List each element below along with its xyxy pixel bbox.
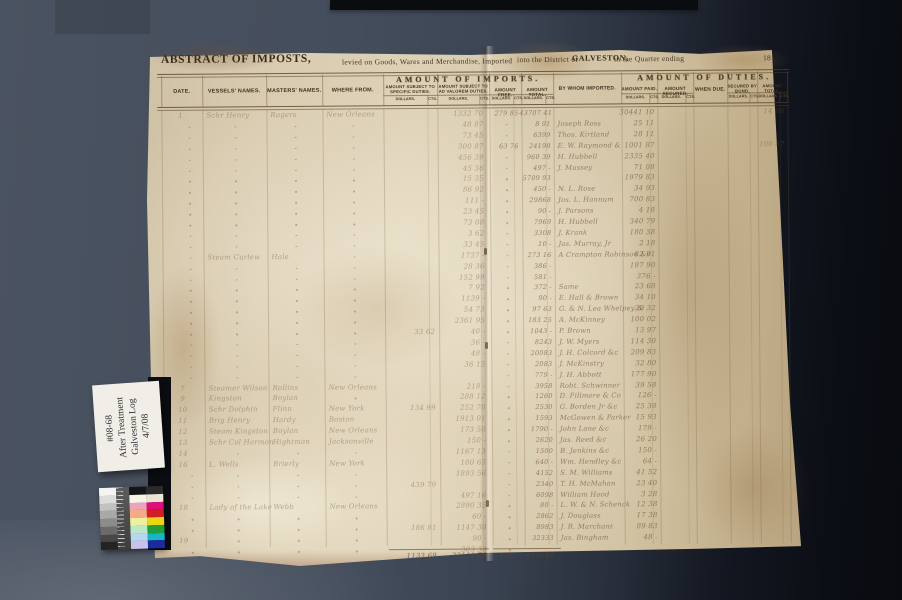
ditto-dot (295, 191, 297, 193)
handwriting-entry: 376 - (614, 272, 656, 280)
ditto-dot (295, 137, 297, 139)
handwriting-entry: 63 76 (492, 142, 519, 150)
handwriting-entry: 89 83 (616, 522, 658, 530)
ditto-dot (238, 530, 240, 532)
handwriting-entry: E. Hall & Brown (559, 294, 619, 302)
ditto-dot (509, 527, 511, 529)
ditto-dot (354, 256, 356, 258)
handwriting-entry: 23 40 (615, 479, 657, 487)
ditto-dot (238, 540, 240, 542)
ditto-dot (296, 289, 298, 291)
ditto-dot (297, 496, 299, 498)
handwriting-entry: G. Borden Jr &c (560, 403, 618, 411)
ditto-dot (189, 138, 191, 140)
ditto-dot (354, 322, 356, 324)
handwriting-entry: 6399 (520, 131, 551, 139)
handwriting-entry: 150 - (615, 446, 657, 454)
ditto-dot (508, 440, 510, 442)
handwriting-entry: 2340 (522, 480, 553, 488)
handwriting-entry: 34 10 (614, 293, 656, 301)
column-rule (787, 105, 791, 543)
ditto-dot (236, 377, 238, 379)
handwriting-entry: William Hood (560, 490, 609, 498)
ditto-dot (297, 453, 299, 455)
handwriting-entry: 1147 30 (443, 524, 487, 532)
money-subheader-dollars: DOLLARS. (728, 94, 748, 98)
handwriting-entry: 36 15 (441, 360, 485, 368)
ditto-dot (190, 377, 192, 379)
handwriting-entry: 33 45 (440, 240, 484, 248)
handwriting-entry: 1001 87 (613, 141, 655, 149)
handwriting-entry: 177 90 (614, 370, 656, 378)
handwriting-entry: 11 (171, 417, 195, 425)
ditto-dot (296, 322, 298, 324)
ditto-dot (235, 137, 237, 139)
ditto-dot (354, 300, 356, 302)
ditto-dot (507, 309, 509, 311)
ditto-dot (295, 246, 297, 248)
handwriting-entry: 779 - (521, 371, 552, 379)
ditto-dot (296, 344, 298, 346)
ditto-dot (189, 170, 191, 172)
handwriting-entry: 7969 (520, 218, 551, 226)
ditto-dot (235, 224, 237, 226)
money-subheader-dollars: DOLLARS. (438, 97, 478, 101)
handwriting-entry: 450 - (520, 185, 551, 193)
handwriting-entry: 1790 - (522, 425, 553, 433)
ditto-dot (190, 356, 192, 358)
handwriting-entry: 48 87 (439, 120, 483, 128)
handwriting-entry: 1500 (522, 447, 553, 455)
ditto-dot (236, 366, 238, 368)
handwriting-entry: 386 - (521, 262, 552, 270)
ditto-dot (508, 429, 510, 431)
handwriting-entry: 90 - (521, 294, 552, 302)
handwriting-entry: J. W. Myers (559, 337, 599, 345)
handwriting-entry: 1332 70 (439, 109, 483, 117)
header-column-rule (161, 76, 162, 107)
handwriting-entry: Schr Henry (206, 111, 249, 119)
ditto-dot (507, 375, 509, 377)
handwriting-entry: Hightman (273, 438, 310, 446)
ditto-dot (189, 225, 191, 227)
ditto-dot (354, 289, 356, 291)
ditto-dot (296, 268, 298, 270)
handwriting-entry: 9 (171, 395, 195, 403)
handwriting-right-page: 279 8543707 4130441 1014 668 91Joseph Ro… (0, 0, 901, 1)
ditto-dot (298, 540, 300, 542)
handwriting-entry: 2862 (523, 512, 554, 520)
ditto-dot (356, 540, 358, 542)
ditto-dot (237, 486, 239, 488)
ditto-dot (354, 278, 356, 280)
handwriting-entry: Brig Henry (209, 416, 251, 424)
ditto-dot (296, 355, 298, 357)
money-subheader-cts: CTS. (428, 97, 436, 101)
handwriting-entry: 3958 (522, 381, 553, 389)
ditto-dot (508, 484, 510, 486)
handwriting-entry: 26 20 (615, 435, 657, 443)
ditto-dot (353, 245, 355, 247)
ditto-dot (190, 323, 192, 325)
ditto-dot (506, 211, 508, 213)
ditto-dot (295, 159, 297, 161)
cents-rule (685, 106, 689, 544)
ditto-dot (354, 365, 356, 367)
handwriting-entry: 100 87 (745, 140, 785, 148)
handwriting-entry: P. Brown (559, 327, 591, 335)
ditto-dot (189, 236, 191, 238)
handwriting-entry: Thos. Kirtland (558, 130, 610, 138)
handwriting-entry: 54 73 (441, 306, 485, 314)
handwriting-entry: S. M. Williams (560, 468, 612, 476)
ditto-dot (508, 451, 510, 453)
handwriting-entry: 1167 13 (442, 447, 486, 455)
money-subheader-dollars: DOLLARS. (490, 96, 512, 100)
handwriting-entry: Jas. Murray, Jr (558, 239, 611, 247)
handwriting-entry: Kingston (209, 395, 242, 403)
handwriting-entry: Webb (273, 503, 294, 511)
handwriting-entry: 86 92 (440, 186, 484, 194)
handwriting-entry: 5709 93 (520, 174, 551, 182)
ditto-dot (189, 192, 191, 194)
ditto-dot (236, 355, 238, 357)
ditto-dot (354, 311, 356, 313)
right-total-free: 1182 - (495, 551, 522, 559)
column-header-bond: SECURED BY BOND. (727, 84, 757, 94)
handwriting-entry: 97 63 (521, 305, 552, 313)
handwriting-entry: 28 36 (441, 262, 485, 270)
ditto-dot (507, 266, 509, 268)
handwriting-entry: 17 38 (616, 511, 658, 519)
handwriting-entry: Brierly (273, 460, 299, 468)
ditto-dot (508, 462, 510, 464)
ditto-dot (295, 224, 297, 226)
column-rule (322, 109, 326, 547)
handwriting-entry: 456 39 (440, 153, 484, 161)
handwriting-entry: Lady of the Lake (209, 504, 272, 512)
color-patch (148, 540, 165, 548)
ditto-dot (509, 517, 511, 519)
ditto-dot (353, 125, 355, 127)
handwriting-entry: New Orleans (329, 383, 377, 391)
handwriting-entry: Flinn (273, 405, 292, 413)
ditto-dot (235, 181, 237, 183)
ditto-dot (190, 279, 192, 281)
handwriting-entry: 45 36 (440, 164, 484, 172)
handwriting-entry: 1139 - (441, 295, 485, 303)
ditto-dot (236, 344, 238, 346)
handwriting-entry: 7 92 (441, 284, 485, 292)
handwriting-entry: Schr Dolphin (209, 406, 258, 414)
handwriting-entry: Hardy (273, 416, 296, 424)
ditto-dot (356, 529, 358, 531)
ditto-dot (353, 180, 355, 182)
ditto-dot (190, 301, 192, 303)
handwriting-entry: 700 83 (613, 195, 655, 203)
money-subheader-dollars: DOLLARS. (384, 97, 426, 101)
handwriting-entry: 186 81 (393, 524, 437, 532)
ditto-dot (192, 552, 194, 554)
ditto-dot (189, 214, 191, 216)
handwriting-entry: 90 - (443, 535, 487, 543)
handwriting-entry: 6098 (522, 490, 553, 498)
handwriting-entry: 13 (171, 439, 195, 447)
handwriting-entry: New York (329, 459, 365, 467)
handwriting-entry: John Lane &c (560, 425, 609, 433)
money-subheader-dollars: DOLLARS. (758, 94, 778, 98)
ruler-strip (116, 487, 131, 549)
ditto-dot (507, 342, 509, 344)
ditto-dot (189, 203, 191, 205)
handwriting-entry: 90 - (520, 207, 551, 215)
column-header-specific: AMOUNT SUBJECT TOSPECIFIC DUTIES. (384, 85, 436, 95)
ditto-dot (295, 202, 297, 204)
ditto-dot (235, 148, 237, 150)
column-header-total2: AMOUNT TOTAL. (757, 84, 787, 94)
handwriting-entry: Boylan (273, 394, 298, 402)
handwriting-entry: Jos. L. Hannum (558, 196, 614, 204)
ditto-dot (189, 127, 191, 129)
handwriting-entry: 48 - (441, 349, 485, 357)
ditto-dot (353, 213, 355, 215)
handwriting-entry: 340 79 (613, 217, 655, 225)
ditto-dot (353, 147, 355, 149)
handwriting-entry: A. McKinney (559, 316, 605, 324)
ditto-dot (296, 377, 298, 379)
ditto-dot (235, 170, 237, 172)
ditto-dot (353, 234, 355, 236)
column-rule (657, 106, 661, 544)
handwriting-entry: 3308 (520, 229, 551, 237)
ditto-dot (296, 311, 298, 313)
money-subheader-dollars: DOLLARS. (658, 95, 684, 99)
handwriting-entry: 179 - (615, 424, 657, 432)
handwriting-entry: 16 (171, 461, 195, 469)
ditto-dot (191, 475, 193, 477)
ditto-dot (296, 366, 298, 368)
ditto-dot (506, 168, 508, 170)
column-header-date: DATE. (161, 89, 202, 96)
cents-rule (779, 105, 783, 543)
handwriting-entry: 7 (171, 384, 195, 392)
ditto-dot (296, 278, 298, 280)
handwriting-entry: 1893 56 (442, 469, 486, 477)
ditto-dot (354, 267, 356, 269)
ditto-dot (192, 519, 194, 521)
handwriting-entry: B. Jenkins &c (560, 446, 609, 454)
ditto-dot (295, 180, 297, 182)
handwriting-entry: Joseph Ross (557, 119, 601, 127)
handwriting-entry: 497 - (520, 163, 551, 171)
ditto-dot (506, 200, 508, 202)
header-column-rule (202, 76, 203, 107)
handwriting-entry: 1737 - (440, 251, 484, 259)
ditto-dot (507, 353, 509, 355)
ditto-dot (356, 518, 358, 520)
ditto-dot (354, 354, 356, 356)
handwriting-entry: 34 93 (613, 184, 655, 192)
handwriting-entry: 82 91 (613, 250, 655, 258)
handwriting-entry: 640 - (522, 458, 553, 466)
color-calibration-target (99, 486, 165, 550)
ditto-dot (506, 233, 508, 235)
handwriting-entry: 218 - (442, 382, 486, 390)
handwriting-entry: 152 99 (441, 273, 485, 281)
ditto-dot (508, 506, 510, 508)
handwriting-entry: 4152 (522, 469, 553, 477)
handwriting-entry: 2890 35 (442, 502, 486, 510)
handwriting-entry: 20083 (521, 349, 552, 357)
column-header-importer: BY WHOM IMPORTED. (553, 86, 621, 92)
ditto-dot (298, 551, 300, 553)
handwriting-entry: 80 - (522, 501, 553, 509)
handwriting-entry: 13 97 (614, 326, 656, 334)
ditto-dot (507, 288, 509, 290)
cents-rule (749, 105, 753, 543)
archival-label-card: #08-68 After Treatment Galveston Log 4/7… (92, 381, 165, 472)
handwriting-entry: Jas. Bingham (561, 534, 609, 542)
handwriting-entry: 100 02 (614, 315, 656, 323)
column-rules-layer (0, 0, 901, 1)
ditto-dot (236, 301, 238, 303)
ditto-dot (296, 300, 298, 302)
handwriting-entry: 3 62 (440, 229, 484, 237)
ditto-dot (507, 364, 509, 366)
saturated-patch-column (146, 486, 165, 549)
handwriting-entry: 3 28 (615, 490, 657, 498)
handwriting-entry: 33 62 (391, 328, 435, 336)
column-header-vessels: VESSELS' NAMES. (202, 88, 266, 95)
ditto-dot (190, 290, 192, 292)
handwriting-entry: 1593 (522, 414, 553, 422)
handwriting-entry: 4 18 (613, 206, 655, 214)
color-patch (131, 541, 148, 549)
column-header-paid: AMOUNT PAID. (621, 86, 657, 92)
handwriting-entry: 1 (168, 112, 192, 120)
column-rule (383, 108, 387, 546)
ditto-dot (355, 496, 357, 498)
handwriting-entry: 10 (171, 406, 195, 414)
ditto-dot (508, 495, 510, 497)
handwriting-entry: Jacksonville (329, 437, 374, 445)
ditto-dot (508, 386, 510, 388)
column-rule (693, 106, 697, 544)
header-column-rule (266, 75, 267, 106)
handwriting-entry: 15 93 (615, 413, 657, 421)
handwriting-entry: 100 65 (442, 458, 486, 466)
ditto-dot (236, 279, 238, 281)
ditto-dot (235, 235, 237, 237)
handwriting-entry: L. Wells (209, 460, 239, 468)
column-rule (489, 107, 493, 545)
handwriting-entry: 273 16 (520, 251, 551, 259)
handwriting-entry: 8983 (523, 523, 554, 531)
ditto-dot (506, 222, 508, 224)
handwriting-entry: Boston (329, 416, 355, 424)
ditto-dot (237, 497, 239, 499)
handwriting-entry: 14 66 (744, 107, 784, 115)
handwriting-entry: 15 35 (440, 175, 484, 183)
ditto-dot (190, 334, 192, 336)
handwriting-entry: 180 38 (613, 228, 655, 236)
ditto-dot (506, 135, 508, 137)
ditto-dot (355, 452, 357, 454)
handwriting-entry: J. R. Marchant (561, 523, 613, 531)
handwriting-entry: 64 - (615, 457, 657, 465)
gray-step (101, 542, 118, 550)
ditto-dot (354, 343, 356, 345)
handwriting-entry: 19 (172, 537, 196, 545)
handwriting-entry: Schr Col Harmon (209, 438, 274, 447)
handwriting-entry: 43707 41 (519, 109, 550, 117)
ditto-dot (189, 181, 191, 183)
column-rule (727, 106, 731, 544)
ditto-dot (506, 244, 508, 246)
column-header-from: WHERE FROM. (322, 87, 383, 94)
handwriting-entry: 150 - (442, 436, 486, 444)
ditto-dot (507, 299, 509, 301)
column-header-masters: MASTERS' NAMES. (266, 88, 322, 95)
ditto-dot (189, 148, 191, 150)
handwriting-entry: New Orleans (326, 110, 374, 118)
ditto-dot (296, 333, 298, 335)
handwriting-entry: 209 83 (614, 348, 656, 356)
handwriting-entry: Same (559, 283, 579, 291)
handwriting-entry: 252 70 (442, 404, 486, 412)
ditto-dot (508, 397, 510, 399)
ditto-dot (237, 453, 239, 455)
document-title: ABSTRACT OF IMPOSTS, (161, 53, 311, 66)
handwriting-entry: 48 - (616, 533, 658, 541)
handwriting-entry: J. Parsons (558, 207, 594, 215)
handwriting-entry: J. H. Colcord &c (559, 348, 618, 356)
ditto-dot (237, 475, 239, 477)
title-subtext-3: in the Quarter ending (614, 54, 684, 64)
money-subheader-cts: CTS. (546, 96, 552, 100)
handwriting-entry: N. L. Rose (558, 185, 595, 193)
ditto-dot (353, 191, 355, 193)
handwriting-entry: Hale (272, 253, 290, 261)
handwriting-entry: 25 11 (612, 119, 654, 127)
money-subheader-cts: CTS. (650, 95, 656, 99)
ditto-dot (507, 277, 509, 279)
money-subheader-cts: CTS. (514, 96, 520, 100)
photo-stage: ABSTRACT OF IMPOSTS, levied on Goods, Wa… (0, 0, 902, 600)
ditto-dot (353, 169, 355, 171)
column-header-when-due: WHEN DUE. (693, 88, 727, 94)
ditto-dot (297, 486, 299, 488)
money-subheader-layer: DOLLARS.CTS.DOLLARS.CTS.DOLLARS.CTS.DOLL… (0, 0, 901, 1)
handwriting-entry: 60 - (443, 513, 487, 521)
handwriting-entry: Boylan (273, 427, 298, 435)
ditto-dot (235, 159, 237, 161)
handwriting-entry: 8243 (521, 338, 552, 346)
handwriting-entry: H. Hubbell (558, 218, 598, 226)
ditto-dots-layer (0, 0, 901, 1)
ditto-dot (353, 223, 355, 225)
ditto-dot (353, 136, 355, 138)
handwriting-entry: 12 38 (615, 500, 657, 508)
column-rule (553, 107, 557, 545)
handwriting-entry: J. H. Abbott (559, 370, 601, 378)
ditto-dot (295, 148, 297, 150)
handwriting-entry: Steam Curlew (208, 253, 261, 261)
handwriting-entry: Jas. Reed &c (560, 436, 607, 444)
handwriting-entry: 41 52 (615, 468, 657, 476)
ditto-dot (189, 247, 191, 249)
ditto-dot (506, 190, 508, 192)
